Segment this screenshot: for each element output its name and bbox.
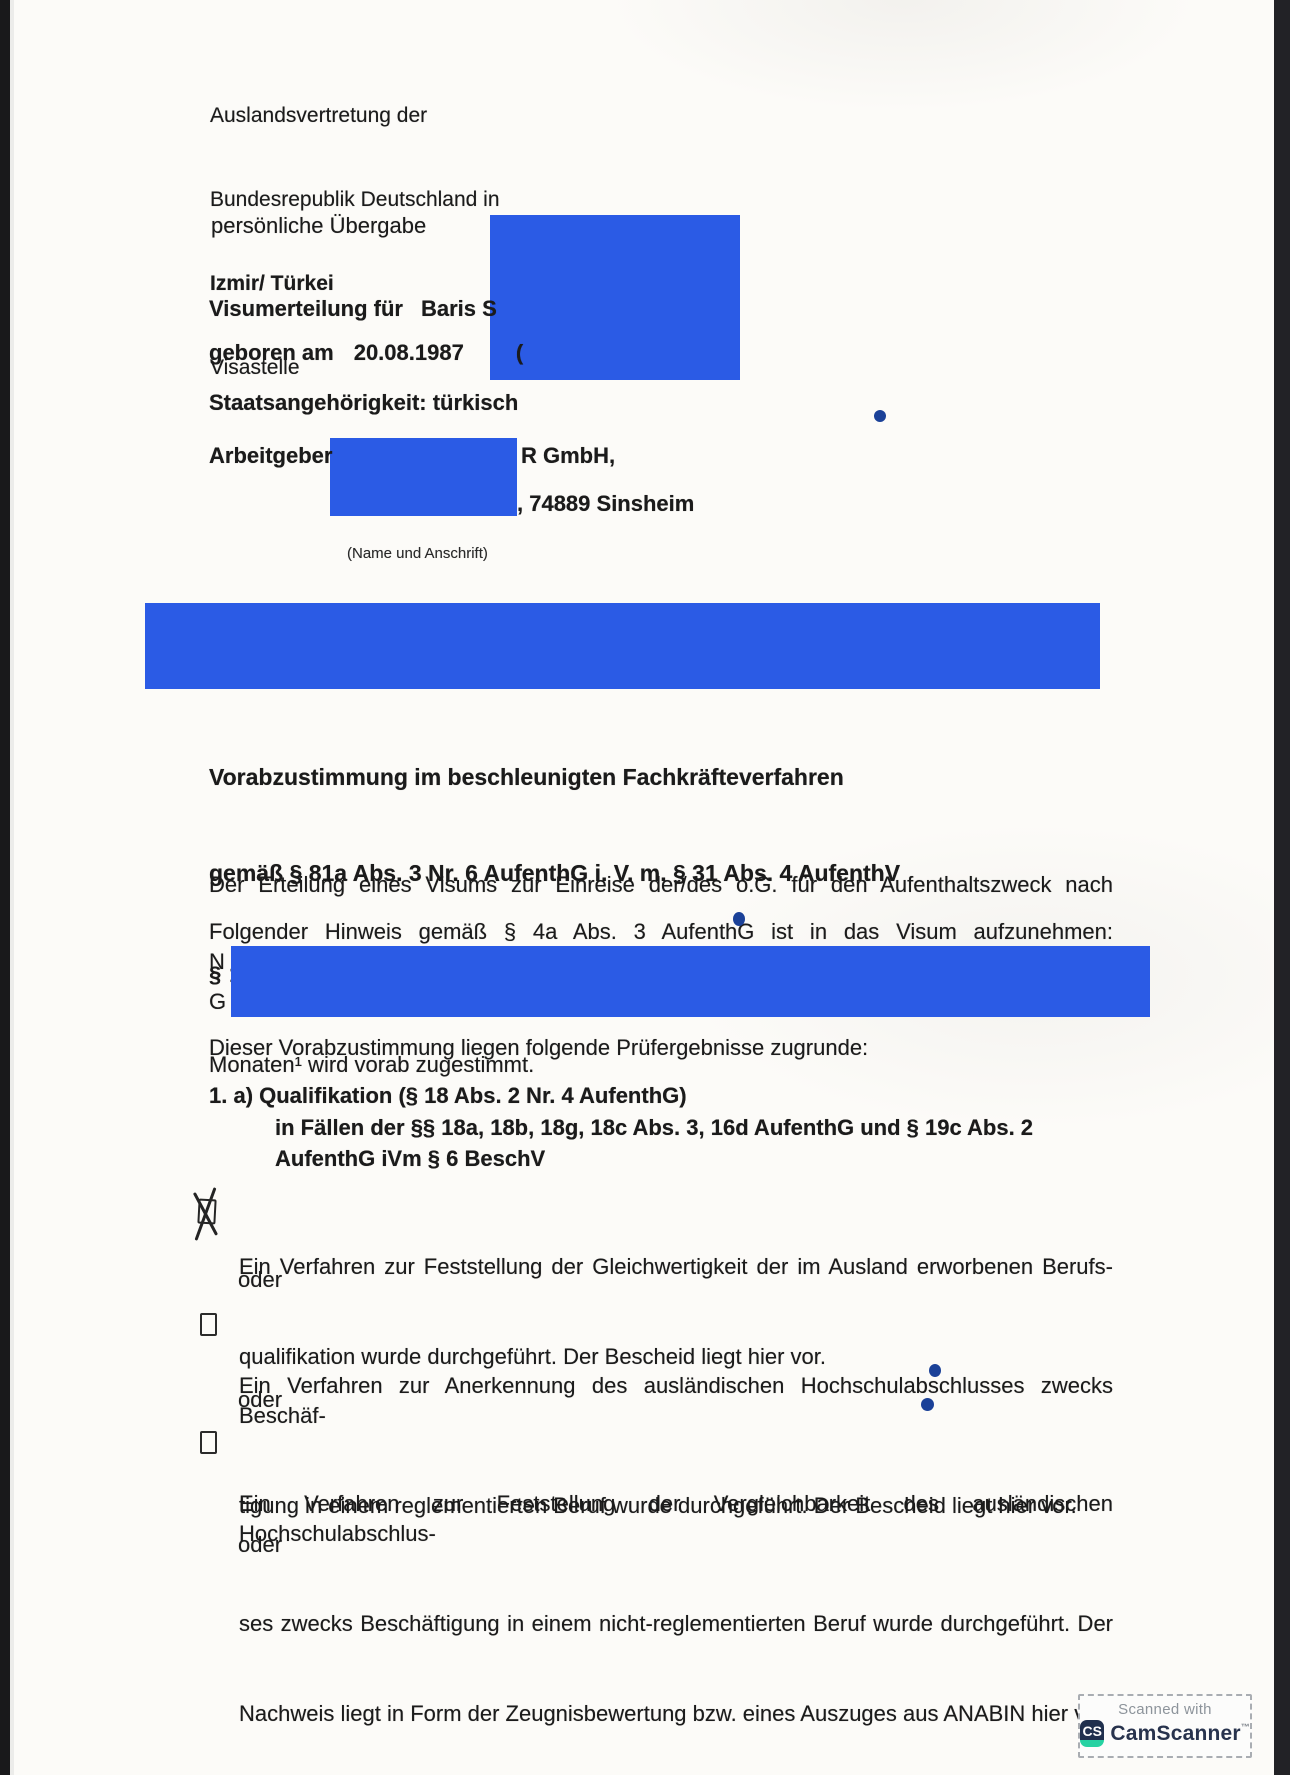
nationality-line: Staatsangehörigkeit: türkisch xyxy=(209,388,518,418)
header-line-authority: Auslandsvertretung der xyxy=(210,102,500,130)
scan-left-edge xyxy=(0,0,10,1775)
checkbox-empty-icon-2 xyxy=(200,1313,217,1336)
born-label: geboren am xyxy=(209,340,334,365)
approval-line-1: Der Erteilung eines Visums zur Einreise … xyxy=(209,870,1113,900)
option-separator-3: oder xyxy=(238,1530,282,1560)
results-intro: Dieser Vorabzustimmung liegen folgende P… xyxy=(209,1033,868,1063)
born-paren-fragment: ( xyxy=(516,340,523,365)
section-heading-line-1: 1. a) Qualifikation (§ 18 Abs. 2 Nr. 4 A… xyxy=(209,1081,687,1111)
scanned-document-page: { "colors": { "redaction_blue": "#2b5be5… xyxy=(0,0,1290,1775)
employer-city-line: , 74889 Sinsheim xyxy=(517,489,694,519)
checkbox-empty-icon-3 xyxy=(200,1431,217,1454)
redaction-box-large xyxy=(145,603,1100,689)
option-separator-2: oder xyxy=(238,1385,282,1415)
checkbox-checked-icon xyxy=(190,1186,220,1242)
ink-dot-middle-1 xyxy=(929,1364,941,1377)
redaction-box-2 xyxy=(330,438,517,516)
delivery-note: persönliche Übergabe xyxy=(211,211,426,241)
option-3-line-3: Nachweis liegt in Form der Zeugnisbewert… xyxy=(239,1699,1113,1729)
redaction-box-1 xyxy=(490,215,740,380)
hint-line: Folgender Hinweis gemäß § 4a Abs. 3 Aufe… xyxy=(209,917,1113,947)
section-heading-line-3: AufenthG iVm § 6 BeschV xyxy=(275,1144,545,1174)
scan-right-edge xyxy=(1274,0,1290,1775)
born-line: geboren am20.08.1987( xyxy=(209,338,523,368)
header-line-country: Bundesrepublik Deutschland in xyxy=(210,186,500,214)
ink-dot-over-hint xyxy=(733,912,745,926)
option-2-line-1: Ein Verfahren zur Anerkennung des auslän… xyxy=(239,1371,1113,1431)
camscanner-badge: Scanned with CS CamScanner™ xyxy=(1078,1694,1252,1758)
camscanner-row: CS CamScanner™ xyxy=(1080,1720,1250,1747)
option-separator-1: oder xyxy=(238,1265,282,1295)
scanned-with-label: Scanned with xyxy=(1080,1701,1250,1718)
name-address-caption: (Name und Anschrift) xyxy=(347,545,488,563)
visa-label: Visumerteilung für xyxy=(209,296,403,321)
employer-fragment: R GmbH, xyxy=(521,441,615,471)
title-line-1: Vorabzustimmung im beschleunigten Fachkr… xyxy=(209,761,900,793)
camscanner-brand-text: CamScanner xyxy=(1110,1722,1240,1745)
visa-name-fragment: Baris S xyxy=(421,296,497,321)
option-3-line-1: Ein Verfahren zur Feststellung der Vergl… xyxy=(239,1489,1113,1549)
camscanner-brand: CamScanner™ xyxy=(1110,1722,1250,1746)
ink-dot-middle-2 xyxy=(921,1398,934,1411)
camscanner-tm: ™ xyxy=(1241,1722,1250,1732)
scan-left-edge-line xyxy=(10,0,14,1775)
ink-dot-upper xyxy=(874,410,886,422)
section-heading-line-2: in Fällen der §§ 18a, 18b, 18g, 18c Abs.… xyxy=(275,1113,1033,1143)
employer-label: Arbeitgeber xyxy=(209,441,332,471)
option-1-line-1: Ein Verfahren zur Feststellung der Gleic… xyxy=(239,1252,1113,1282)
redaction-box-hint xyxy=(231,946,1150,1017)
redacted-fragment-n: N xyxy=(209,947,225,977)
redacted-fragment-g: G xyxy=(209,987,226,1017)
checkbox-outline xyxy=(197,1199,216,1225)
camscanner-logo-icon: CS xyxy=(1080,1720,1104,1747)
option-3-text: Ein Verfahren zur Feststellung der Vergl… xyxy=(239,1429,1113,1759)
born-date: 20.08.1987 xyxy=(354,340,464,365)
visa-for-line: Visumerteilung fürBaris S xyxy=(209,294,497,324)
option-3-line-2: ses zwecks Beschäftigung in einem nicht-… xyxy=(239,1609,1113,1639)
